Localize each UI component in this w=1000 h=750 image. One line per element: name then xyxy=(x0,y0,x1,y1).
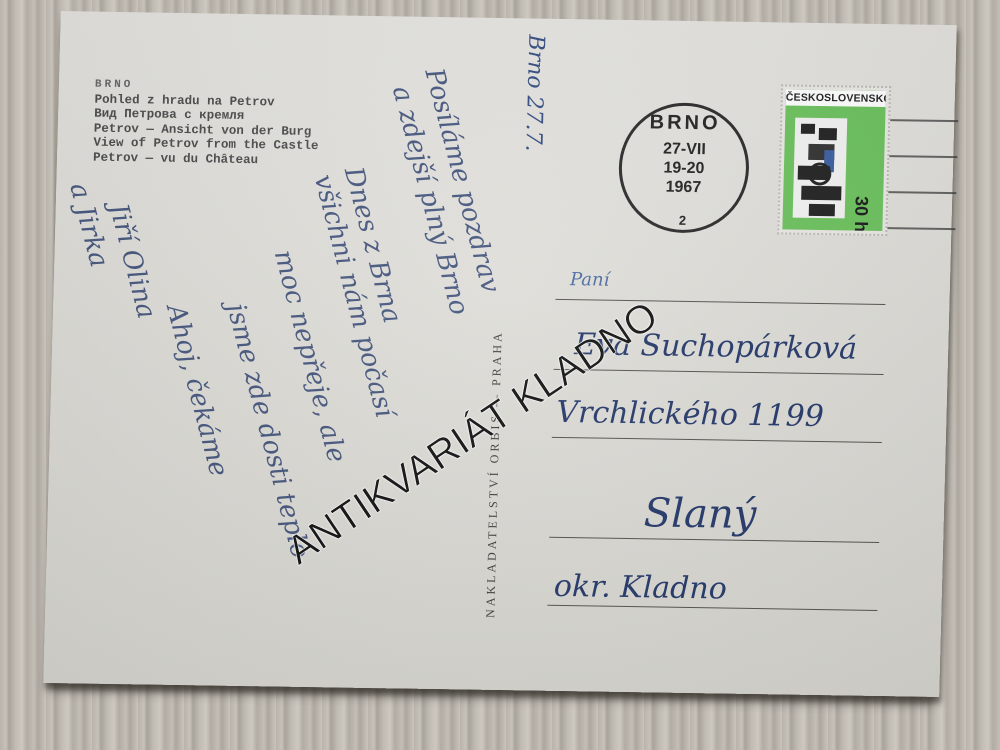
postmark-day: 27-VII xyxy=(622,139,746,160)
address-street: Vrchlického 1199 xyxy=(556,395,824,434)
postage-stamp: ČESKOSLOVENSKO 30 h xyxy=(777,84,891,236)
address-line xyxy=(549,537,879,543)
handwritten-date: Brno 27.7. xyxy=(520,34,548,151)
postmark: BRNO 27-VII 19-20 1967 2 xyxy=(617,102,750,234)
castle-illustration-icon xyxy=(789,114,852,223)
postmark-city: BRNO xyxy=(623,111,748,136)
postmark-date: 27-VII 19-20 1967 xyxy=(621,139,746,198)
postmark-year: 1967 xyxy=(621,177,745,198)
address-line xyxy=(555,299,885,305)
postmark-time: 19-20 xyxy=(622,158,746,179)
address-district: okr. Kladno xyxy=(553,569,727,607)
stamp-face: ČESKOSLOVENSKO 30 h xyxy=(782,89,886,231)
stamp-country: ČESKOSLOVENSKO xyxy=(786,89,886,107)
message-line: Ahoj, čekáme xyxy=(160,301,233,480)
publisher-imprint: NAKLADATELSTVÍ ORBIS — PRAHA xyxy=(483,330,506,618)
postmark-office-number: 2 xyxy=(620,212,744,229)
address-salutation: Paní xyxy=(570,269,610,291)
postcard: BRNO Pohled z hradu na Petrov Вид Петров… xyxy=(43,11,956,697)
photo-caption: BRNO Pohled z hradu na Petrov Вид Петров… xyxy=(93,78,320,169)
stamp-value: 30 h xyxy=(850,196,872,231)
address-line xyxy=(552,437,882,443)
address-city: Slaný xyxy=(643,490,757,538)
